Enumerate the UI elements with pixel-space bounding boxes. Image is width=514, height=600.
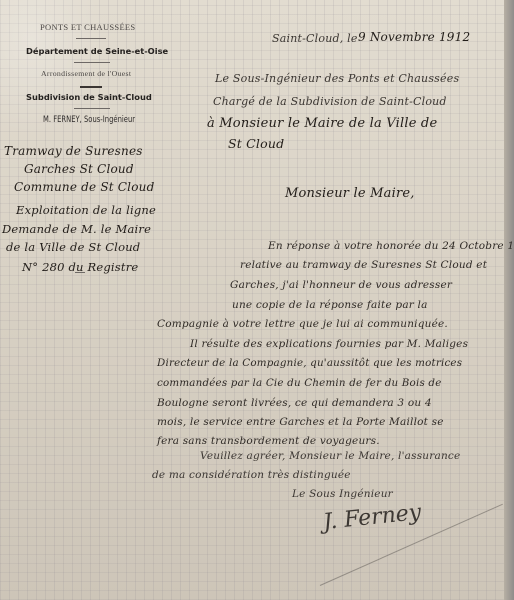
body-line: Garches, j'ai l'honneur de vous adresser <box>230 279 452 291</box>
body-line: une copie de la réponse faite par la <box>232 299 428 311</box>
sender-line-4: St Cloud <box>228 136 284 151</box>
closing-line: Veuillez agréer, Monsieur le Maire, l'as… <box>200 450 460 462</box>
margin-note-line: Commune de St Cloud <box>14 180 154 194</box>
divider <box>74 108 110 109</box>
letterhead-arrondissement: Arrondissement de l'Ouest <box>41 69 131 78</box>
margin-note-line: de la Ville de St Cloud <box>6 240 140 254</box>
sender-line-1: Le Sous-Ingénieur des Ponts et Chaussées <box>215 72 459 85</box>
body-line: Il résulte des explications fournies par… <box>190 338 468 350</box>
closing-title: Le Sous Ingénieur <box>292 488 393 500</box>
margin-note-line: Demande de M. le Maire <box>2 222 151 236</box>
margin-note-line: Exploitation de la ligne <box>16 203 156 217</box>
margin-note-line: Garches St Cloud <box>24 162 134 176</box>
salutation: Monsieur le Maire, <box>285 186 415 201</box>
margin-note-line: Tramway de Suresnes <box>4 144 143 158</box>
body-line: Directeur de la Compagnie, qu'aussitôt q… <box>157 357 462 369</box>
body-line: Compagnie à votre lettre que je lui ai c… <box>157 318 448 330</box>
letterhead-subdivision: Subdivision de Saint-Cloud <box>26 92 152 102</box>
divider <box>80 86 102 88</box>
underline-stroke <box>75 272 85 273</box>
body-line: mois, le service entre Garches et la Por… <box>157 416 444 428</box>
body-line: Boulogne seront livrées, ce qui demander… <box>157 397 432 409</box>
page-edge-shadow <box>504 0 514 600</box>
sender-line-3: à Monsieur le Maire de la Ville de <box>207 116 437 131</box>
divider <box>74 62 110 63</box>
dateline-date: 9 Novembre 1912 <box>358 30 470 44</box>
closing-line: de ma considération très distinguée <box>152 469 351 481</box>
signature: J. Ferney <box>322 500 422 535</box>
divider <box>76 38 106 39</box>
sender-line-2: Chargé de la Subdivision de Saint-Cloud <box>213 95 447 108</box>
dateline-place: Saint-Cloud, le <box>272 32 358 45</box>
letterhead-engineer: M. FERNEY, Sous-Ingénieur <box>43 115 135 125</box>
body-line: En réponse à votre honorée du 24 Octobre… <box>268 240 514 252</box>
body-line: fera sans transbordement de voyageurs. <box>157 435 380 447</box>
letterhead-department: Département de Seine-et-Oise <box>26 46 168 56</box>
body-line: relative au tramway de Suresnes St Cloud… <box>240 259 487 271</box>
letterhead-org: PONTS ET CHAUSSÉES <box>40 22 135 32</box>
body-line: commandées par la Cie du Chemin de fer d… <box>157 377 442 389</box>
